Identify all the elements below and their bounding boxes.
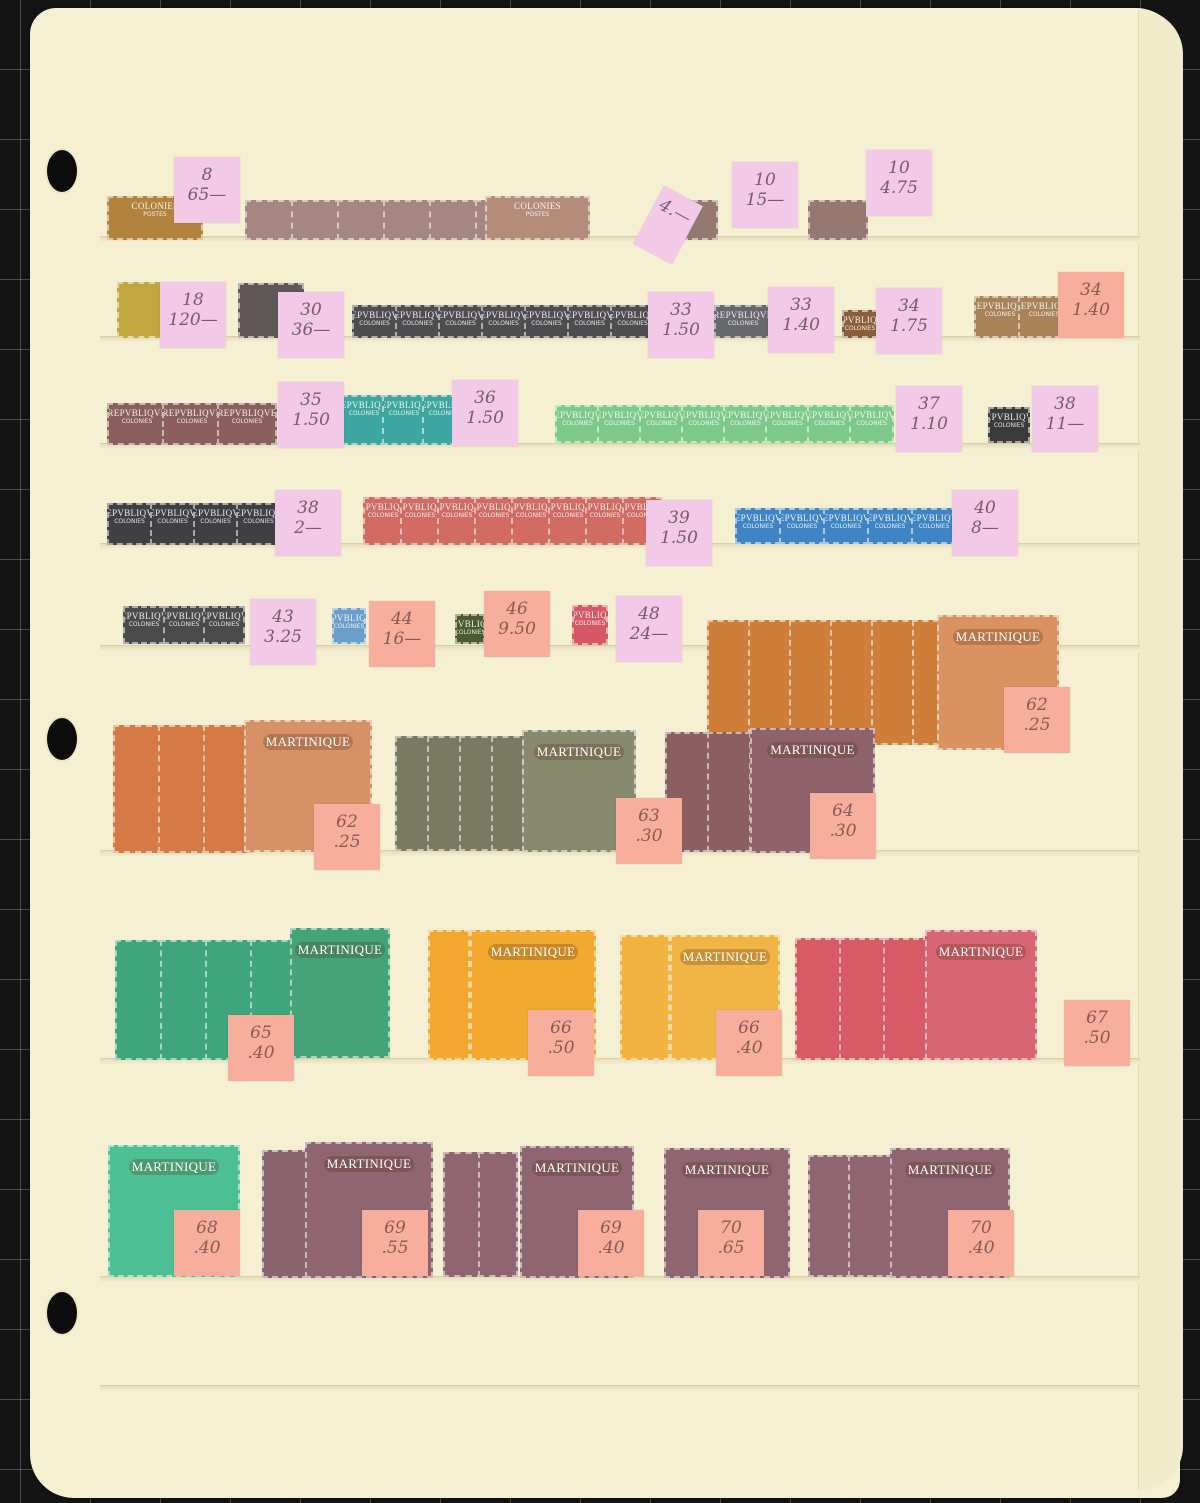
stamp-subtext: COLONIES	[389, 410, 420, 417]
stamp-inscription: REPVBLIQVE	[123, 611, 165, 621]
stamp-inscription: MARTINIQUE	[680, 949, 771, 965]
price-value: 15—	[732, 190, 798, 210]
price-value: .40	[228, 1043, 294, 1063]
stamp: REPVBLIQVECOLONIES	[150, 503, 195, 545]
stamp-inscription: REPVBLIQVE	[548, 502, 588, 512]
catalog-number: 44	[369, 609, 435, 629]
stamp: REPVBLIQVECOLONIES	[765, 405, 810, 443]
stamp-subtext: COLONIES	[728, 320, 759, 327]
stamp-inscription: REPVBLIQVE	[438, 310, 483, 320]
stamp: REPVBLIQVECOLONIES	[639, 405, 684, 443]
catalog-number: 43	[250, 607, 316, 627]
stamp-inscription: REPVBLIQVE	[342, 400, 386, 410]
price-value: .40	[948, 1238, 1014, 1258]
stamp-subtext: COLONIES	[531, 320, 562, 327]
price-value: 16—	[369, 629, 435, 649]
stamp-subtext: COLONIES	[209, 621, 240, 628]
stamp: REPVBLIQVECOLONIES	[332, 608, 366, 644]
stamp-inscription: REPVBLIQVE	[332, 613, 366, 623]
stamp-subtext: COLONIES	[243, 518, 274, 525]
stamp-inscription: MARTINIQUE	[767, 742, 858, 758]
catalog-number: 65	[228, 1023, 294, 1043]
stamp-inscription: REPVBLIQVE	[807, 410, 852, 420]
stamp-subtext: COLONIES	[772, 420, 803, 427]
stamp: REPVBLIQVECOLONIES	[849, 405, 894, 443]
stamp: REPVBLIQVECOLONIES	[474, 497, 514, 545]
catalog-number: 68	[174, 1218, 240, 1238]
price-label: 351.50	[278, 382, 344, 448]
stamp-inscription: REPVBLIQVE	[681, 410, 726, 420]
catalog-number: 62	[1004, 695, 1070, 715]
price-value: 1.50	[648, 320, 714, 340]
stamp-inscription: REPVBLIQVE	[193, 508, 238, 518]
stamp-subtext: COLONIES	[814, 420, 845, 427]
stamp-subtext: COLONIES	[368, 512, 399, 519]
stamp: REPVBLIQVECOLONIES	[352, 305, 397, 338]
stamp-inscription: MARTINIQUE	[488, 944, 579, 960]
binder-hole-bottom	[47, 1292, 77, 1334]
price-label: 3811—	[1032, 386, 1098, 452]
mount-strip	[100, 1385, 1140, 1392]
price-value: .25	[314, 832, 380, 852]
price-label: 391.50	[646, 500, 712, 566]
stamp: REPVBLIQVECOLONIES	[842, 310, 878, 338]
catalog-number: 36	[452, 388, 518, 408]
stamp-inscription: MARTINIQUE	[534, 744, 625, 760]
price-value: .55	[362, 1238, 428, 1258]
stamp: REPVBLIQVECOLONIES	[203, 606, 245, 644]
stamp-inscription: MARTINIQUE	[953, 629, 1044, 645]
stamp: REPVBLIQVECOLONIES	[511, 497, 551, 545]
stamp: REPVBLIQVECOLONIES	[807, 405, 852, 443]
stamp-subtext: COLONIES	[994, 422, 1025, 429]
stamp-subtext: COLONIES	[200, 518, 231, 525]
stamp-subtext: COLONIES	[334, 623, 365, 630]
stamp-subtext: COLONIES	[562, 420, 593, 427]
stamp-subtext: COLONIES	[856, 420, 887, 427]
stamp	[443, 1152, 483, 1277]
price-label: 4416—	[369, 601, 435, 667]
catalog-number: 48	[616, 604, 682, 624]
binder-hole-top	[47, 150, 77, 192]
price-value: 9.50	[484, 619, 550, 639]
stamp-inscription: REPVBLIQVE	[474, 502, 514, 512]
stamp: MARTINIQUE	[925, 930, 1037, 1060]
stamp-subtext: COLONIES	[129, 621, 160, 628]
price-value: 1.40	[1058, 300, 1124, 320]
catalog-number: 46	[484, 599, 550, 619]
stamp-subtext: COLONIES	[617, 320, 648, 327]
stamp	[262, 1150, 308, 1278]
catalog-number: 33	[768, 295, 834, 315]
stamp-inscription: REPVBLIQVE	[108, 408, 167, 418]
price-label: 67.50	[1064, 1000, 1130, 1066]
stamp: REPVBLIQVECOLONIES	[524, 305, 569, 338]
stamp	[291, 200, 341, 240]
price-label: 341.40	[1058, 272, 1124, 338]
stamp-subtext: COLONIES	[730, 420, 761, 427]
stamp: REPVBLIQVECOLONIES	[437, 497, 477, 545]
stamp-subtext: COLONIES	[604, 420, 635, 427]
price-value: 120—	[160, 310, 226, 330]
catalog-number: 34	[876, 296, 942, 316]
price-label: 408—	[952, 490, 1018, 556]
stamp-inscription: COLONIES	[132, 201, 179, 211]
catalog-number: 38	[275, 498, 341, 518]
price-value: 1.75	[876, 316, 942, 336]
stamp: REPVBLIQVECOLONIES	[572, 605, 608, 645]
catalog-number: 70	[698, 1218, 764, 1238]
stamp-inscription: MARTINIQUE	[532, 1160, 623, 1176]
price-value: 4.75	[866, 178, 932, 198]
price-label: 104.75	[866, 150, 932, 216]
stamp-subtext: COLONIES	[985, 311, 1016, 318]
price-label: 70.40	[948, 1210, 1014, 1276]
price-label: 68.40	[174, 1210, 240, 1276]
catalog-number: 35	[278, 390, 344, 410]
stamp-inscription: REPVBLIQVE	[163, 408, 222, 418]
stamp-inscription: REPVBLIQVE	[597, 410, 642, 420]
stamp: REPVBLIQVECOLONIES	[714, 305, 772, 338]
stamp: REPVBLIQVECOLONIES	[681, 405, 726, 443]
stamp-subtext: COLONIES	[553, 512, 584, 519]
stamp-subtext: COLONIES	[875, 523, 906, 530]
stamp: MARTINIQUE	[290, 928, 390, 1058]
price-label: 4824—	[616, 596, 682, 662]
price-value: 3.25	[250, 627, 316, 647]
stamp-inscription: REPVBLIQVE	[842, 315, 878, 325]
stamp-subtext: COLONIES	[516, 512, 547, 519]
stamp-subtext: COLONIES	[169, 621, 200, 628]
stamp-inscription: MARTINIQUE	[682, 1162, 773, 1178]
price-value: 1.10	[896, 414, 962, 434]
catalog-number: 69	[578, 1218, 644, 1238]
stamp-inscription: REPVBLIQVE	[849, 410, 894, 420]
stamp	[245, 200, 295, 240]
catalog-number: 18	[160, 290, 226, 310]
stamp-inscription: REPVBLIQVE	[714, 310, 772, 320]
stamp	[115, 940, 163, 1060]
catalog-number: 62	[314, 812, 380, 832]
stamp: REPVBLIQVECOLONIES	[481, 305, 526, 338]
stamp-inscription: REPVBLIQVE	[352, 310, 397, 320]
stamp	[428, 930, 470, 1060]
stamp-inscription: REPVBLIQVE	[572, 610, 608, 620]
price-label: 63.30	[616, 798, 682, 864]
catalog-number: 40	[952, 498, 1018, 518]
stamp-subtext: COLONIES	[688, 420, 719, 427]
stamp-inscription: REPVBLIQVE	[911, 513, 957, 523]
stamp-subtext: COLONIES	[122, 418, 153, 425]
stamp	[620, 935, 670, 1060]
stamp: REPVBLIQVECOLONIES	[723, 405, 768, 443]
stamp-inscription: REPVBLIQVE	[382, 400, 426, 410]
stamp-inscription: REPVBLIQVE	[779, 513, 825, 523]
stamp	[839, 938, 885, 1060]
stamp: REPVBLIQVECOLONIES	[400, 497, 440, 545]
catalog-number: 64	[810, 801, 876, 821]
stamp-inscription: REPVBLIQVE	[511, 502, 551, 512]
stamp: REPVBLIQVECOLONIES	[548, 497, 588, 545]
stamp-inscription: REPVBLIQVE	[218, 408, 277, 418]
stamp-inscription: REPVBLIQVE	[150, 508, 195, 518]
stamp: COLONIESPOSTES	[485, 196, 590, 240]
stamp-inscription: MARTINIQUE	[936, 944, 1027, 960]
stamp-subtext: COLONIES	[646, 420, 677, 427]
stamp: REPVBLIQVECOLONIES	[597, 405, 642, 443]
stamp: REPVBLIQVECOLONIES	[911, 508, 957, 544]
stamp	[808, 200, 868, 240]
stamp-inscription: REPVBLIQVE	[567, 310, 612, 320]
price-value: 1.50	[646, 528, 712, 548]
stamp-inscription: REPVBLIQVE	[765, 410, 810, 420]
stamp: REPVBLIQVECOLONIES	[455, 614, 485, 644]
stamp	[337, 200, 387, 240]
price-label: 66.40	[716, 1010, 782, 1076]
stamp	[429, 200, 479, 240]
price-label: 469.50	[484, 591, 550, 657]
price-label: 3036—	[278, 292, 344, 358]
stamp-subtext: COLONIES	[445, 320, 476, 327]
stamp: REPVBLIQVECOLONIES	[567, 305, 612, 338]
stamp-inscription: MARTINIQUE	[905, 1162, 996, 1178]
stamp-subtext: COLONIES	[919, 523, 950, 530]
stamp	[883, 938, 929, 1060]
catalog-number: 69	[362, 1218, 428, 1238]
price-value: .40	[716, 1038, 782, 1058]
stamp-subtext: COLONIES	[479, 512, 510, 519]
stamp-inscription: REPVBLIQVE	[988, 412, 1030, 422]
price-label: 865—	[174, 157, 240, 223]
stamp-subtext: COLONIES	[845, 325, 876, 332]
stamp-inscription: MARTINIQUE	[324, 1156, 415, 1172]
stamp-subtext: COLONIES	[232, 418, 263, 425]
price-label: 331.40	[768, 287, 834, 353]
stamp: REPVBLIQVECOLONIES	[107, 403, 167, 445]
stamp-inscription: REPVBLIQVE	[585, 502, 625, 512]
stamp: REPVBLIQVECOLONIES	[988, 407, 1030, 443]
stamp-inscription: REPVBLIQVE	[823, 513, 869, 523]
stamp-subtext: COLONIES	[402, 320, 433, 327]
stamp: REPVBLIQVECOLONIES	[163, 606, 205, 644]
price-label: 69.55	[362, 1210, 428, 1276]
catalog-number: 66	[528, 1018, 594, 1038]
stamp: REPVBLIQVECOLONIES	[342, 395, 386, 445]
stamp-inscription: REPVBLIQVE	[524, 310, 569, 320]
stamp-inscription: REPVBLIQVE	[481, 310, 526, 320]
price-value: .40	[174, 1238, 240, 1258]
stamp-inscription: REPVBLIQVE	[107, 508, 152, 518]
catalog-number: 67	[1064, 1008, 1130, 1028]
stamp-inscription: REPVBLIQVE	[363, 502, 403, 512]
stamp	[795, 938, 841, 1060]
catalog-number: 34	[1058, 280, 1124, 300]
stamp-subtext: POSTES	[526, 211, 549, 218]
stamp: REPVBLIQVECOLONIES	[395, 305, 440, 338]
stamp-subtext: COLONIES	[359, 320, 390, 327]
price-label: 331.50	[648, 292, 714, 358]
price-label: 65.40	[228, 1015, 294, 1081]
stamp-inscription: REPVBLIQVE	[455, 619, 485, 629]
stamp: REPVBLIQVECOLONIES	[363, 497, 403, 545]
stamp	[113, 725, 163, 853]
stamp-inscription: MARTINIQUE	[129, 1159, 220, 1175]
catalog-number: 8	[174, 165, 240, 185]
stamp-subtext: COLONIES	[349, 410, 380, 417]
price-label: 18120—	[160, 282, 226, 348]
stamp-subtext: COLONIES	[787, 523, 818, 530]
price-label: 382—	[275, 490, 341, 556]
stamp: REPVBLIQVECOLONIES	[382, 395, 426, 445]
stamp: REPVBLIQVECOLONIES	[735, 508, 781, 544]
stamp-inscription: COLONIES	[514, 201, 561, 211]
stamp	[383, 200, 433, 240]
stamp-subtext: COLONIES	[590, 512, 621, 519]
stamp-subtext: COLONIES	[575, 620, 606, 627]
stamp-inscription: REPVBLIQVE	[555, 410, 600, 420]
stamp-inscription: REPVBLIQVE	[400, 502, 440, 512]
stamp-subtext: COLONIES	[157, 518, 188, 525]
stamp-subtext: POSTES	[143, 211, 166, 218]
price-value: .25	[1004, 715, 1070, 735]
price-value: 8—	[952, 518, 1018, 538]
stamp-inscription: REPVBLIQVE	[163, 611, 205, 621]
catalog-number: 37	[896, 394, 962, 414]
stamp-subtext: COLONIES	[831, 523, 862, 530]
stamp: REPVBLIQVECOLONIES	[438, 305, 483, 338]
stamp	[478, 1152, 518, 1277]
stamp-subtext: COLONIES	[455, 629, 485, 636]
page-hinge-edge	[1138, 10, 1183, 1490]
price-label: 66.50	[528, 1010, 594, 1076]
stamp-inscription: MARTINIQUE	[263, 734, 354, 750]
price-value: 11—	[1032, 414, 1098, 434]
stamp-subtext: COLONIES	[1029, 311, 1060, 318]
price-label: 64.30	[810, 793, 876, 859]
price-label: 361.50	[452, 380, 518, 446]
stamp: REPVBLIQVECOLONIES	[555, 405, 600, 443]
stamp: REPVBLIQVECOLONIES	[585, 497, 625, 545]
price-value: 36—	[278, 320, 344, 340]
price-value: .30	[616, 826, 682, 846]
stamp	[707, 732, 751, 852]
stamp: REPVBLIQVECOLONIES	[193, 503, 238, 545]
catalog-number: 10	[866, 158, 932, 178]
price-label: 371.10	[896, 386, 962, 452]
stamp-inscription: REPVBLIQVE	[735, 513, 781, 523]
price-value: 1.50	[278, 410, 344, 430]
catalog-number: 30	[278, 300, 344, 320]
price-value: 24—	[616, 624, 682, 644]
stamp	[160, 940, 208, 1060]
price-label: 69.40	[578, 1210, 644, 1276]
stamp-inscription: REPVBLIQVE	[639, 410, 684, 420]
stamp-inscription: REPVBLIQVE	[867, 513, 913, 523]
price-label: 341.75	[876, 288, 942, 354]
price-value: .65	[698, 1238, 764, 1258]
catalog-number: 33	[648, 300, 714, 320]
stamp-inscription: REPVBLIQVE	[437, 502, 477, 512]
price-label: 62.25	[1004, 687, 1070, 753]
catalog-number: 38	[1032, 394, 1098, 414]
catalog-number: 63	[616, 806, 682, 826]
stamp: REPVBLIQVECOLONIES	[217, 403, 277, 445]
price-label: 70.65	[698, 1210, 764, 1276]
stamp-subtext: COLONIES	[442, 512, 473, 519]
stamp	[808, 1155, 852, 1277]
stamp-subtext: COLONIES	[488, 320, 519, 327]
stamp-subtext: COLONIES	[743, 523, 774, 530]
stamp-inscription: REPVBLIQVE	[723, 410, 768, 420]
stamp-inscription: REPVBLIQVE	[395, 310, 440, 320]
stamp: REPVBLIQVECOLONIES	[823, 508, 869, 544]
price-value: 1.40	[768, 315, 834, 335]
stamp-subtext: COLONIES	[114, 518, 145, 525]
stamp-subtext: COLONIES	[177, 418, 208, 425]
price-value: 65—	[174, 185, 240, 205]
stamp	[158, 725, 208, 853]
stamp: REPVBLIQVECOLONIES	[123, 606, 165, 644]
stamp: REPVBLIQVECOLONIES	[779, 508, 825, 544]
stamp: REPVBLIQVECOLONIES	[867, 508, 913, 544]
price-label: 433.25	[250, 599, 316, 665]
stamp-subtext: COLONIES	[574, 320, 605, 327]
price-label: 62.25	[314, 804, 380, 870]
price-value: .40	[578, 1238, 644, 1258]
stamp: REPVBLIQVECOLONIES	[107, 503, 152, 545]
catalog-number: 70	[948, 1218, 1014, 1238]
price-value: 1.50	[452, 408, 518, 428]
catalog-number: 10	[732, 170, 798, 190]
stamp	[848, 1155, 892, 1277]
stamp-inscription: MARTINIQUE	[295, 942, 386, 958]
price-value: .50	[528, 1038, 594, 1058]
price-value: .30	[810, 821, 876, 841]
price-value: .50	[1064, 1028, 1130, 1048]
stamp: REPVBLIQVECOLONIES	[162, 403, 222, 445]
stamp-inscription: REPVBLIQVE	[203, 611, 245, 621]
stamp-subtext: COLONIES	[405, 512, 436, 519]
catalog-number: 39	[646, 508, 712, 528]
binder-hole-middle	[47, 718, 77, 760]
price-label: 1015—	[732, 162, 798, 228]
catalog-number: 66	[716, 1018, 782, 1038]
price-value: 2—	[275, 518, 341, 538]
